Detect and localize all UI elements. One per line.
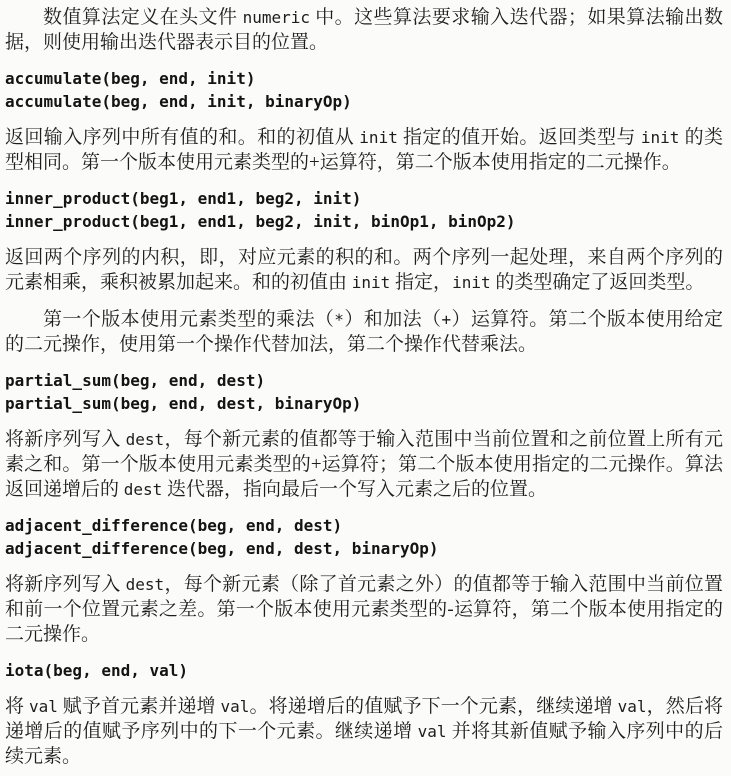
- inline-code-init: init: [359, 128, 398, 147]
- inline-code-dest: dest: [124, 480, 163, 499]
- accumulate-signature-block: accumulate(beg, end, init) accumulate(be…: [5, 67, 723, 113]
- text-run: 返回输入序列中所有值的和。和的初值从: [5, 127, 359, 148]
- inline-code-dest: dest: [126, 575, 165, 594]
- code-signature: accumulate(beg, end, init): [5, 67, 723, 90]
- code-signature: adjacent_difference(beg, end, dest, bina…: [5, 537, 723, 560]
- iota-description: 将 val 赋予首元素并递增 val。将递增后的值赋予下一个元素，继续递增 va…: [5, 694, 723, 769]
- inline-code-numeric: numeric: [243, 8, 310, 27]
- text-run: 赋予首元素并递增: [58, 696, 221, 717]
- text-run: ）和加法（: [344, 309, 442, 330]
- code-signature: accumulate(beg, end, init, binaryOp): [5, 90, 723, 113]
- code-signature: adjacent_difference(beg, end, dest): [5, 514, 723, 537]
- code-signature: partial_sum(beg, end, dest): [5, 369, 723, 392]
- inline-code-init: init: [352, 273, 391, 292]
- inline-code-init: init: [452, 273, 491, 292]
- inline-code-val: val: [29, 697, 58, 716]
- text-run: 将: [5, 696, 29, 717]
- code-signature: inner_product(beg1, end1, beg2, init, bi…: [5, 210, 723, 233]
- code-signature: iota(beg, end, val): [5, 659, 723, 682]
- inline-code-val: val: [418, 722, 447, 741]
- inner-product-description-2: 第一个版本使用元素类型的乘法（*）和加法（+）运算符。第二个版本使用给定的二元操…: [5, 307, 723, 357]
- accumulate-description: 返回输入序列中所有值的和。和的初值从 init 指定的值开始。返回类型与 ini…: [5, 125, 723, 175]
- text-run: 将新序列写入: [5, 429, 126, 450]
- text-run: 指定的值开始。返回类型与: [398, 127, 641, 148]
- text-run: 指定，: [390, 272, 452, 293]
- text-run: 数值算法定义在头文件: [43, 7, 243, 28]
- adjacent-difference-description: 将新序列写入 dest，每个新元素（除了首元素之外）的值都等于输入范围中当前位置…: [5, 572, 723, 647]
- code-signature: inner_product(beg1, end1, beg2, init): [5, 187, 723, 210]
- code-signature: partial_sum(beg, end, dest, binaryOp): [5, 392, 723, 415]
- intro-paragraph: 数值算法定义在头文件 numeric 中。这些算法要求输入迭代器；如果算法输出数…: [5, 5, 723, 55]
- text-run: 第一个版本使用元素类型的乘法（: [43, 309, 334, 330]
- inline-code-init: init: [641, 128, 680, 147]
- partial-sum-description: 将新序列写入 dest，每个新元素的值都等于输入范围中当前位置和之前位置上所有元…: [5, 427, 723, 502]
- adjacent-difference-signature-block: adjacent_difference(beg, end, dest) adja…: [5, 514, 723, 560]
- iota-signature-block: iota(beg, end, val): [5, 659, 723, 682]
- book-page: 数值算法定义在头文件 numeric 中。这些算法要求输入迭代器；如果算法输出数…: [0, 0, 731, 776]
- text-run: 。将递增后的值赋予下一个元素，继续递增: [249, 696, 617, 717]
- inline-code-plus-operator: +: [441, 310, 451, 329]
- inner-product-signature-block: inner_product(beg1, end1, beg2, init) in…: [5, 187, 723, 233]
- inline-code-dest: dest: [126, 430, 165, 449]
- text-run: 将新序列写入: [5, 574, 126, 595]
- partial-sum-signature-block: partial_sum(beg, end, dest) partial_sum(…: [5, 369, 723, 415]
- inline-code-val: val: [618, 697, 647, 716]
- inline-code-val: val: [221, 697, 250, 716]
- inner-product-description: 返回两个序列的内积，即，对应元素的积的和。两个序列一起处理，来自两个序列的元素相…: [5, 245, 723, 295]
- text-run: 迭代器，指向最后一个写入元素之后的位置。: [162, 479, 547, 500]
- inline-code-star-operator: *: [334, 310, 344, 329]
- text-run: 的类型确定了返回类型。: [491, 272, 705, 293]
